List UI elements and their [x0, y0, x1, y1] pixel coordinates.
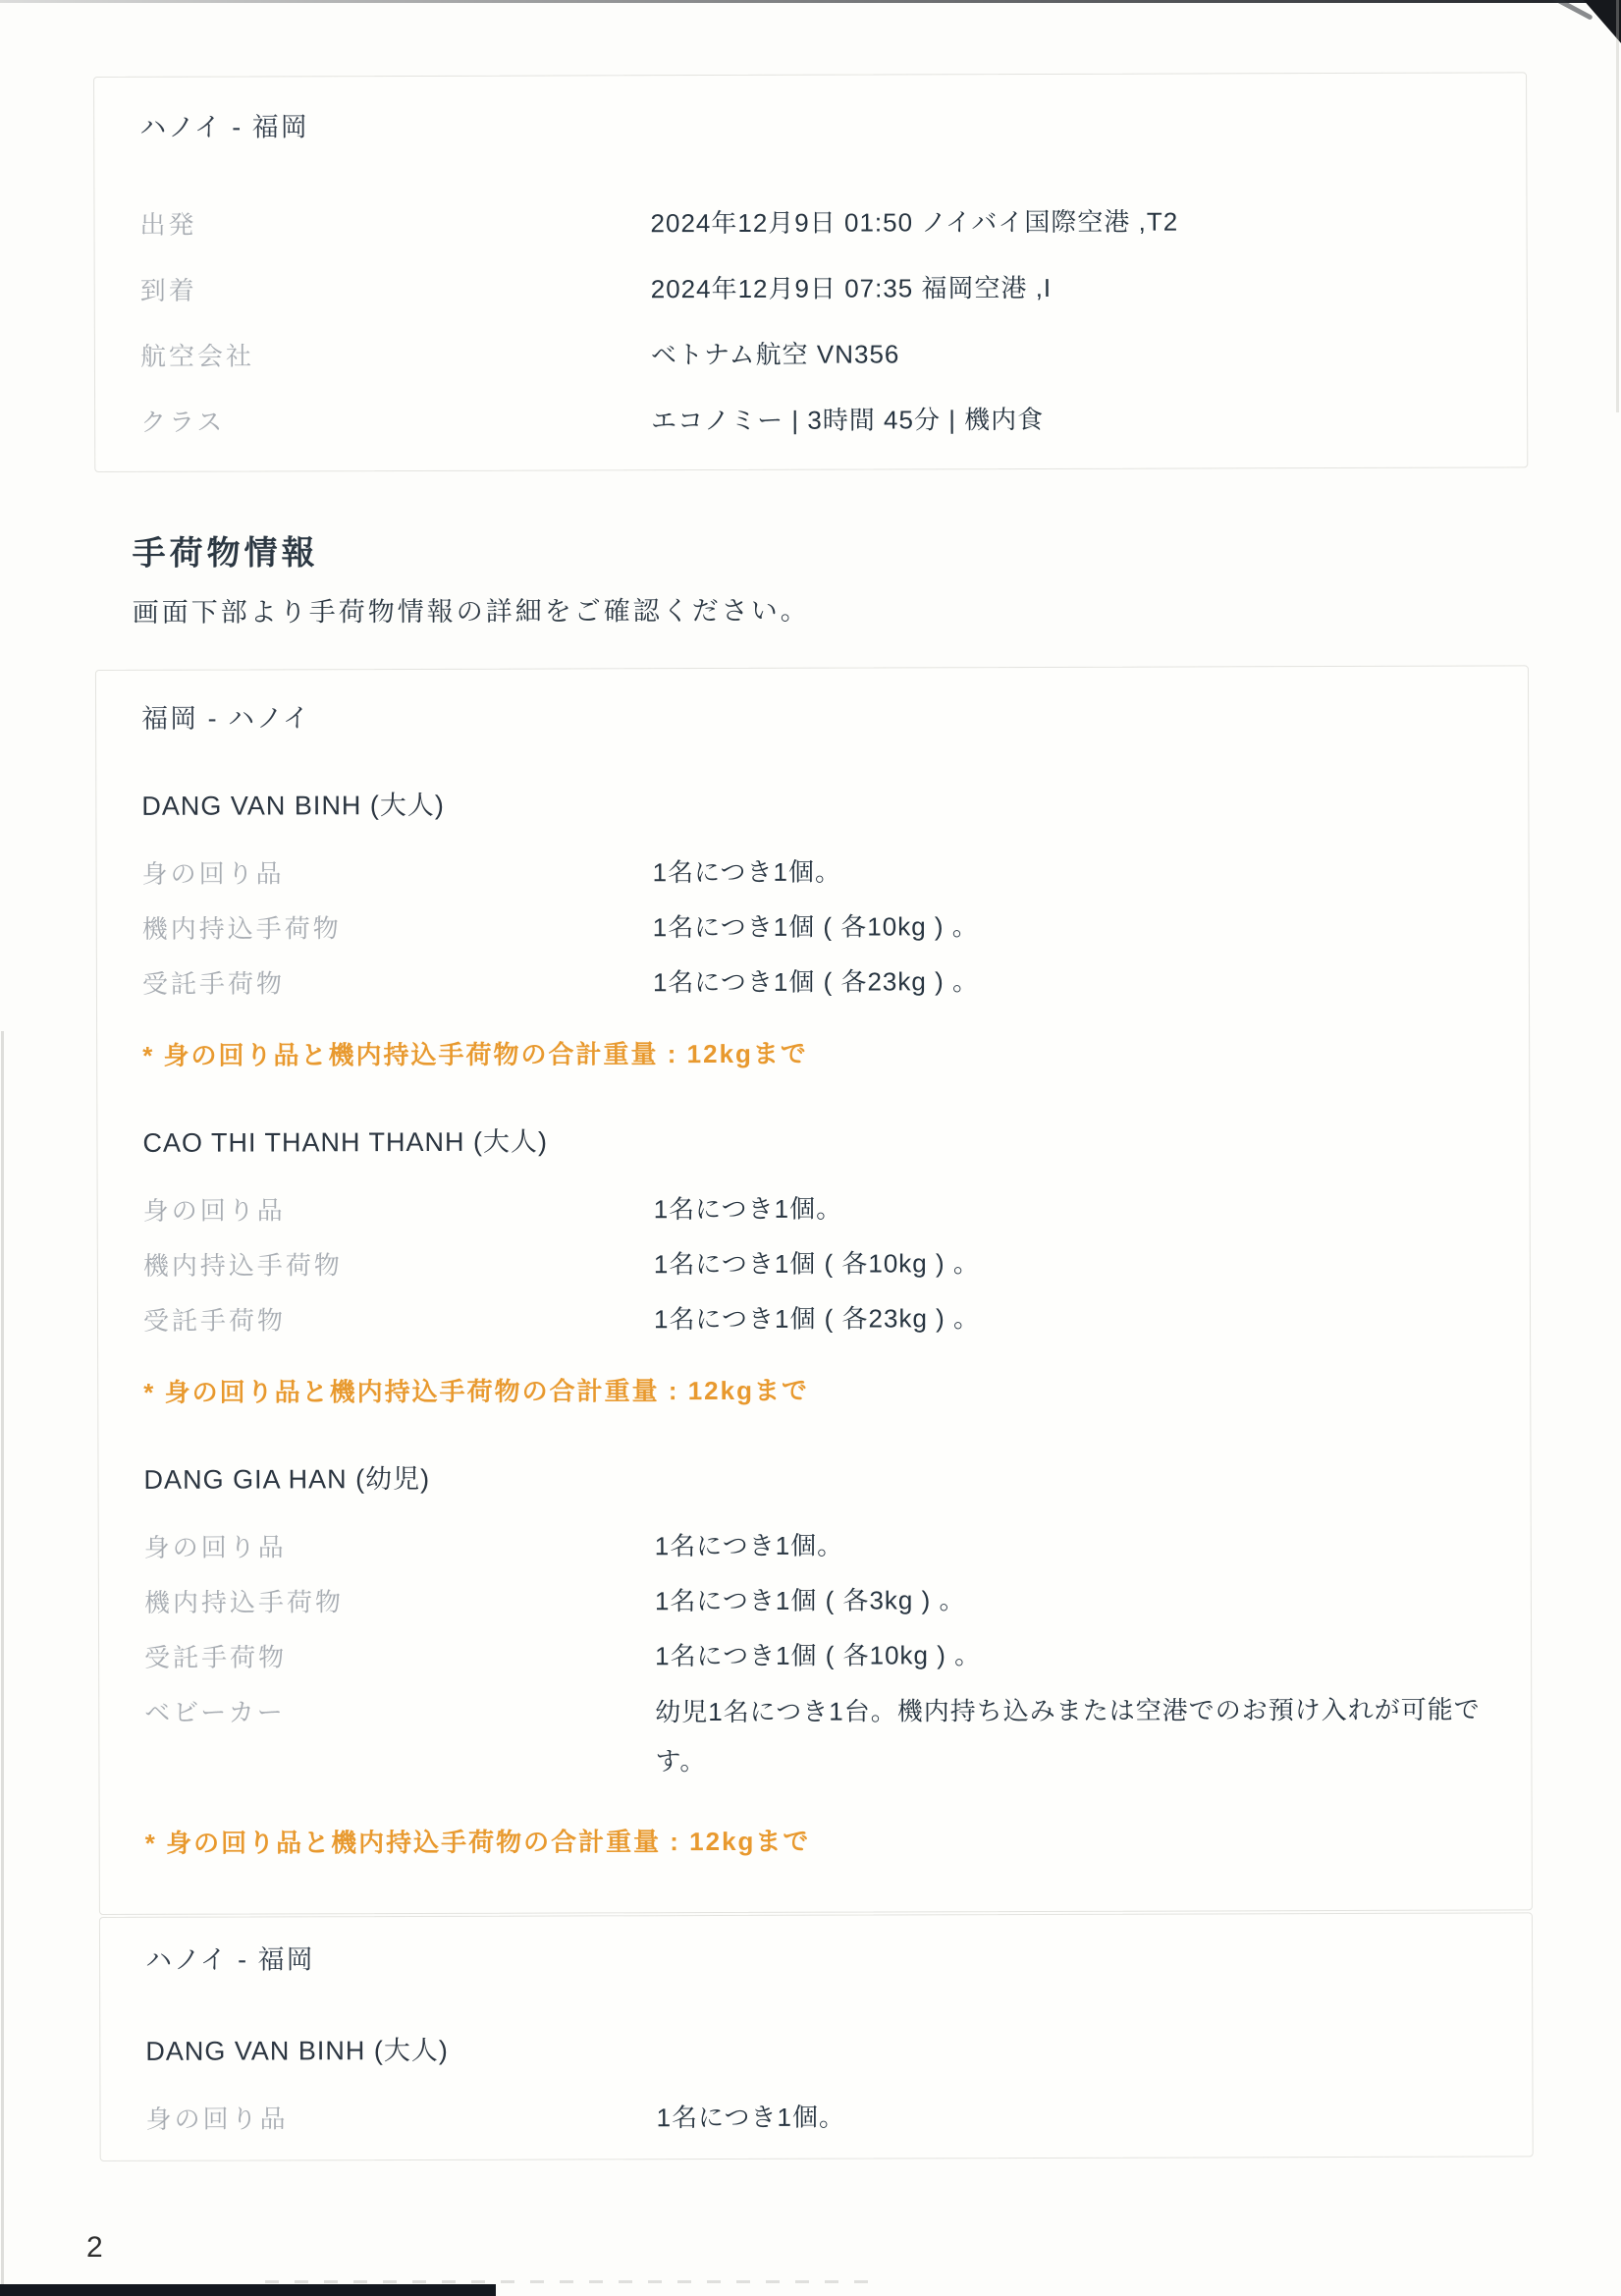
baggage-route-title: ハノイ - 福岡 [145, 1941, 1486, 1976]
flight-info-label: 出発 [139, 208, 650, 241]
baggage-row: 受託手荷物 1名につき1個 ( 各10kg ) 。 [144, 1639, 1486, 1673]
baggage-row: 受託手荷物 1名につき1個 ( 各23kg ) 。 [142, 965, 1484, 1000]
baggage-route-title: 福岡 - ハノイ [141, 700, 1483, 735]
baggage-card: ハノイ - 福岡 DANG VAN BINH (大人) 身の回り品 1名につき1… [99, 1912, 1534, 2161]
flight-info-row: 到着 2024年12月9日 07:35 福岡空港 ,I [140, 272, 1482, 306]
baggage-value: 1名につき1個。 [653, 855, 1484, 889]
baggage-row: 機内持込手荷物 1名につき1個 ( 各10kg ) 。 [143, 1247, 1485, 1282]
baggage-value: 1名につき1個 ( 各23kg ) 。 [654, 1302, 1485, 1336]
scan-artifact-right-edge [1616, 0, 1619, 412]
baggage-row: 機内持込手荷物 1名につき1個 ( 各3kg ) 。 [144, 1584, 1486, 1618]
flight-info-value: ベトナム航空 VN356 [651, 338, 1482, 371]
page-number: 2 [86, 2231, 103, 2265]
baggage-label: 身の回り品 [144, 1531, 655, 1563]
baggage-value: 1名につき1個 ( 各23kg ) 。 [653, 965, 1484, 999]
flight-route-title: ハノイ - 福岡 [139, 109, 1481, 143]
baggage-label: 受託手荷物 [144, 1641, 655, 1673]
baggage-label: 身の回り品 [143, 1194, 654, 1227]
baggage-label: 機内持込手荷物 [143, 1249, 654, 1282]
scan-artifact-top-line [0, 0, 1621, 3]
flight-info-label: 航空会社 [140, 340, 651, 372]
baggage-value: 1名につき1個。 [657, 2101, 1487, 2134]
baggage-label: 身の回り品 [146, 2103, 657, 2135]
baggage-label: 受託手荷物 [143, 1304, 654, 1337]
baggage-weight-note: * 身の回り品と機内持込手荷物の合計重量 : 12kgまで [142, 1037, 1484, 1071]
flight-info-value: 2024年12月9日 07:35 福岡空港 ,I [651, 272, 1482, 305]
baggage-value: 1名につき1個 ( 各3kg ) 。 [655, 1584, 1486, 1617]
passenger-name: DANG VAN BINH (大人) [141, 788, 1483, 822]
scan-artifact-bottom-bar [0, 2284, 496, 2296]
baggage-row: 身の回り品 1名につき1個。 [146, 2101, 1487, 2135]
baggage-weight-note: * 身の回り品と機内持込手荷物の合計重量 : 12kgまで [143, 1374, 1485, 1408]
baggage-row: 身の回り品 1名につき1個。 [143, 1192, 1485, 1227]
flight-info-row: 航空会社 ベトナム航空 VN356 [140, 338, 1482, 372]
baggage-row: 身の回り品 1名につき1個。 [142, 855, 1484, 890]
passenger-name: CAO THI THANH THANH (大人) [142, 1124, 1484, 1159]
scan-artifact-left-edge [1, 1031, 4, 2288]
baggage-row: ベビーカー 幼児1名につき1台。機内持ち込みまたは空港でのお預け入れが可能です。 [144, 1694, 1486, 1787]
baggage-value: 1名につき1個。 [654, 1192, 1485, 1226]
baggage-value: 1名につき1個 ( 各10kg ) 。 [654, 1247, 1485, 1281]
flight-info-label: 到着 [140, 274, 651, 306]
baggage-value: 幼児1名につき1台。機内持ち込みまたは空港でのお預け入れが可能です。 [655, 1685, 1486, 1786]
passenger-name: DANG GIA HAN (幼児) [143, 1461, 1485, 1496]
baggage-value: 1名につき1個。 [655, 1529, 1486, 1562]
baggage-label: 身の回り品 [142, 857, 653, 890]
baggage-card: 福岡 - ハノイ DANG VAN BINH (大人) 身の回り品 1名につき1… [95, 665, 1533, 1915]
baggage-label: 受託手荷物 [142, 967, 653, 1000]
baggage-label: ベビーカー [144, 1696, 655, 1728]
scan-artifact-bottom-specks [265, 2280, 874, 2283]
page-content: ハノイ - 福岡 出発 2024年12月9日 01:50 ノイバイ国際空港 ,T… [93, 58, 1527, 63]
flight-info-row: クラス エコノミー | 3時間 45分 | 機内食 [140, 404, 1482, 438]
flight-info-value: エコノミー | 3時間 45分 | 機内食 [651, 404, 1482, 437]
passenger-name: DANG VAN BINH (大人) [145, 2033, 1486, 2067]
scan-artifact-corner [1573, 0, 1621, 43]
baggage-value: 1名につき1個 ( 各10kg ) 。 [655, 1639, 1486, 1672]
baggage-row: 身の回り品 1名につき1個。 [144, 1529, 1486, 1563]
flight-info-label: クラス [140, 406, 651, 438]
baggage-label: 機内持込手荷物 [142, 912, 653, 945]
baggage-row: 受託手荷物 1名につき1個 ( 各23kg ) 。 [143, 1302, 1485, 1337]
baggage-value: 1名につき1個 ( 各10kg ) 。 [653, 910, 1484, 944]
flight-info-value: 2024年12月9日 01:50 ノイバイ国際空港 ,T2 [650, 206, 1481, 240]
baggage-section-heading: 手荷物情報 [133, 533, 319, 574]
scanned-page: ハノイ - 福岡 出発 2024年12月9日 01:50 ノイバイ国際空港 ,T… [0, 0, 1621, 2296]
baggage-section-subtext: 画面下部より手荷物情報の詳細をご確認ください。 [133, 595, 810, 629]
scan-artifact-corner-tail [1539, 0, 1593, 21]
baggage-row: 機内持込手荷物 1名につき1個 ( 各10kg ) 。 [142, 910, 1484, 945]
baggage-label: 機内持込手荷物 [144, 1586, 655, 1618]
flight-info-row: 出発 2024年12月9日 01:50 ノイバイ国際空港 ,T2 [139, 206, 1481, 241]
baggage-weight-note: * 身の回り品と機内持込手荷物の合計重量 : 12kgまで [145, 1825, 1486, 1859]
flight-detail-card: ハノイ - 福岡 出発 2024年12月9日 01:50 ノイバイ国際空港 ,T… [93, 72, 1528, 472]
